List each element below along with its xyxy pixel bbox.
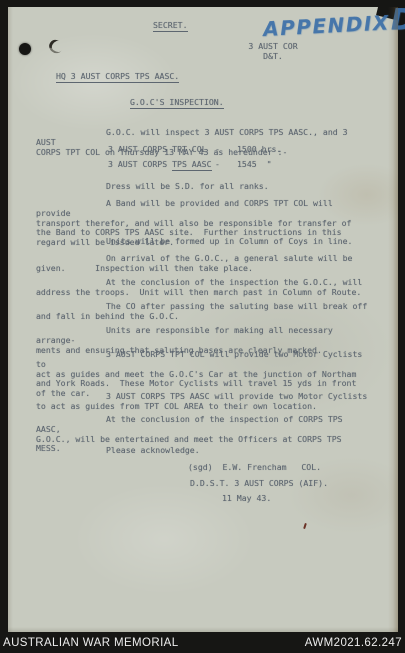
annotation-letter: D (391, 5, 405, 35)
unit-stamp: 3 AUST COR D&T. (247, 42, 299, 61)
paragraph-dress: Dress will be S.D. for all ranks. (36, 182, 372, 192)
addressee-line: HQ 3 AUST CORPS TPS AASC. (56, 72, 179, 82)
paragraph-break-off: The CO after passing the saluting base w… (36, 302, 372, 321)
unit-stamp-line2: D&T. (247, 52, 299, 62)
paragraph-aasc-guides: 3 AUST CORPS TPS AASC will provide two M… (36, 392, 372, 411)
scanned-document-page: AppendixD SECRET. 3 AUST COR D&T. HQ 3 A… (0, 0, 405, 653)
ink-speck (303, 523, 307, 529)
handwritten-appendix-annotation: AppendixD (262, 3, 405, 44)
punch-hole (19, 43, 31, 55)
schedule-row1-time: 1500 hrs. (237, 145, 281, 155)
signature-line: (sgd) E.W. Frencham COL. (188, 463, 321, 473)
schedule-row-tpt-col: 3 AUST CORPS TPT COL (108, 145, 207, 155)
awm-footer-institution: AUSTRALIAN WAR MEMORIAL (3, 637, 179, 649)
schedule-row2-separator: - (215, 160, 220, 170)
signature-date: 11 May 43. (222, 494, 271, 504)
paragraph-arrival: On arrival of the G.O.C., a general salu… (36, 254, 372, 273)
signature-role: D.D.S.T. 3 AUST CORPS (AIF). (190, 479, 328, 489)
paragraph-address: At the conclusion of the inspection the … (36, 278, 372, 297)
document-paper: AppendixD SECRET. 3 AUST COR D&T. HQ 3 A… (8, 7, 398, 633)
schedule-row1-separator: - (215, 145, 220, 155)
schedule-row-tps-aasc: 3 AUST CORPS TPS AASC (108, 160, 212, 170)
awm-footer-bar: AUSTRALIAN WAR MEMORIAL AWM2021.62.247 (0, 632, 405, 653)
tear-mark (47, 37, 66, 56)
schedule-row2-time: 1545 " (237, 160, 272, 170)
document-title: G.O.C'S INSPECTION. (130, 98, 224, 108)
paragraph-acknowledge: Please acknowledge. (36, 446, 372, 456)
awm-footer-accession-number: AWM2021.62.247 (305, 637, 402, 649)
annotation-word: Appendix (263, 10, 391, 41)
paragraph-form-up: Units will be formed up in Column of Coy… (36, 237, 372, 247)
classification-heading: SECRET. (153, 21, 188, 31)
